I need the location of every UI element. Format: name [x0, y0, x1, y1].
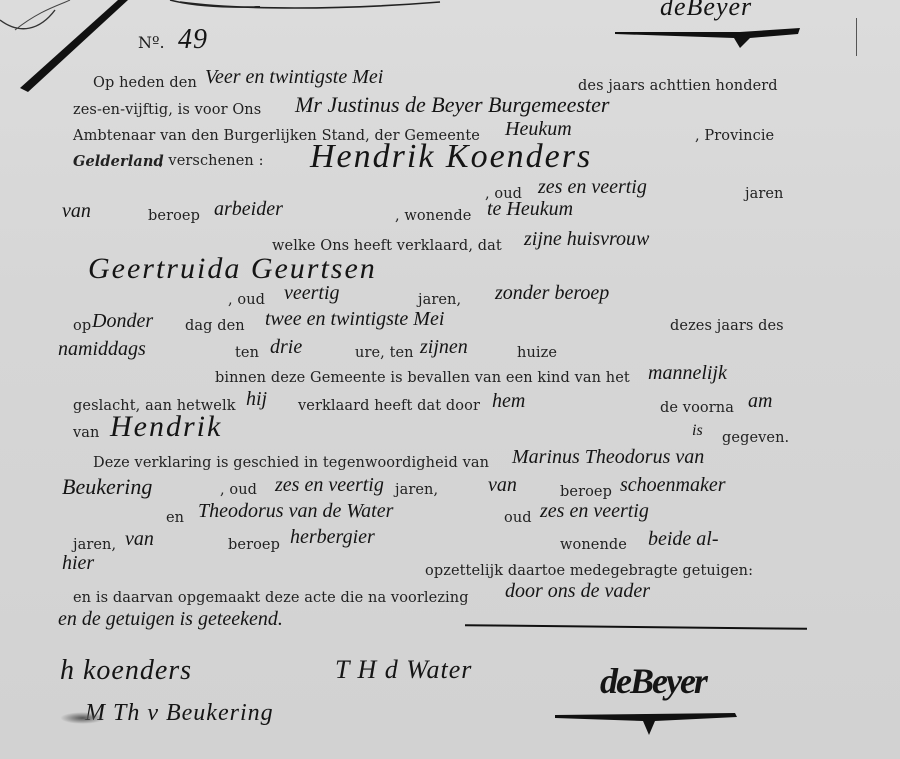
signature-witness2: T H d Water	[335, 655, 472, 685]
printed-text: dezes jaars des	[670, 318, 784, 334]
printed-text: ten	[235, 345, 259, 361]
handwritten-witness2-name: Theodorus van de Water	[198, 500, 393, 523]
handwritten-father-name: Hendrik Koenders	[310, 138, 592, 176]
printed-text: , wonende	[395, 208, 471, 224]
printed-text: op	[73, 318, 91, 334]
printed-text: gegeven.	[722, 430, 789, 446]
handwritten-date: Veer en twintigste Mei	[205, 66, 383, 89]
handwritten-child-name: Hendrik	[110, 410, 222, 444]
printed-text: beroep	[228, 537, 280, 553]
printed-text: beroep	[148, 208, 200, 224]
handwritten-sex: mannelijk	[648, 362, 727, 385]
printed-text: opzettelijk daartoe medegebragte getuige…	[425, 563, 753, 579]
signature-top-right: deBeyer	[660, 0, 752, 22]
handwritten-witness2-profession: herbergier	[290, 526, 375, 549]
printed-text: en	[166, 510, 184, 526]
handwritten-witness1-name: Marinus Theodorus van	[512, 446, 704, 469]
printed-text: , oud	[228, 292, 265, 308]
printed-text: jaren,	[73, 537, 116, 553]
printed-text: dag den	[185, 318, 245, 334]
handwritten-text: van	[488, 474, 517, 497]
handwritten-text: door ons de vader	[505, 580, 650, 603]
record-number-label: Nº.	[138, 33, 165, 52]
handwritten-text: van	[62, 200, 91, 223]
handwritten-text: van	[125, 528, 154, 551]
handwritten-witness1-age: zes en veertig	[275, 474, 384, 497]
printed-text: , oud	[220, 482, 257, 498]
printed-text: huize	[517, 345, 557, 361]
ink-smudge	[60, 712, 105, 724]
handwritten-weekday: Donder	[92, 310, 153, 333]
handwritten-witness1-surname: Beukering	[62, 474, 152, 500]
printed-province: Gelderland	[73, 153, 164, 170]
handwritten-father-age: zes en veertig	[538, 176, 647, 199]
margin-mark	[856, 18, 857, 56]
handwritten-father-profession: arbeider	[214, 198, 283, 221]
ink-flourish-top	[180, 0, 480, 15]
handwritten-birth-date: twee en twintigste Mei	[265, 308, 444, 331]
handwritten-time-of-day: namiddags	[58, 338, 146, 361]
handwritten-text: zijne huisvrouw	[524, 228, 649, 251]
record-number: 49	[178, 24, 208, 56]
printed-text: jaren,	[395, 482, 438, 498]
printed-text: van	[73, 425, 99, 441]
printed-text: verklaard heeft dat door	[298, 398, 480, 414]
printed-text: de voorna	[660, 400, 734, 416]
handwritten-official: Mr Justinus de Beyer Burgemeester	[295, 92, 609, 118]
printed-text: , Provincie	[695, 128, 774, 144]
handwritten-text: hem	[492, 390, 525, 413]
printed-text: oud	[504, 510, 532, 526]
handwritten-witness2-age: zes en veertig	[540, 500, 649, 523]
signature-underline-top-right	[610, 20, 810, 55]
printed-text: wonende	[560, 537, 627, 553]
handwritten-witnesses-residence: beide al-	[648, 528, 719, 551]
printed-text: jaren,	[418, 292, 461, 308]
handwritten-text: hier	[62, 552, 94, 575]
handwritten-hour: drie	[270, 336, 302, 359]
closing-rule	[465, 624, 807, 630]
signature-father: h koenders	[60, 655, 192, 687]
printed-text: Deze verklaring is geschied in tegenwoor…	[93, 455, 489, 471]
signature-witness1: M Th v Beukering	[85, 700, 274, 727]
handwritten-text: zijnen	[420, 336, 468, 359]
printed-text: jaren	[745, 186, 784, 202]
handwritten-mother-name: Geertruida Geurtsen	[88, 252, 377, 286]
printed-text: beroep	[560, 484, 612, 500]
handwritten-mother-profession: zonder beroep	[495, 282, 609, 305]
handwritten-text: am	[748, 390, 772, 413]
printed-text: binnen deze Gemeente is bevallen van een…	[215, 370, 630, 386]
handwritten-witness1-profession: schoenmaker	[620, 474, 726, 497]
handwritten-father-residence: te Heukum	[487, 198, 573, 221]
handwritten-text: is	[692, 422, 703, 440]
handwritten-text: en de getuigen is geteekend.	[58, 608, 283, 631]
printed-text: Op heden den	[93, 75, 197, 91]
handwritten-text: hij	[246, 388, 267, 411]
printed-text: en is daarvan opgemaakt deze acte die na…	[73, 590, 469, 606]
printed-text: zes-en-vijftig, is voor Ons	[73, 102, 261, 118]
handwritten-mother-age: veertig	[284, 282, 340, 305]
signature-official: deBeyer	[600, 660, 706, 702]
birth-record-page: deBeyer Nº. 49 Op heden den Veer en twin…	[0, 0, 900, 759]
printed-text: , verschenen :	[159, 153, 264, 169]
signature-official-underline	[555, 705, 755, 745]
printed-text: ure, ten	[355, 345, 414, 361]
